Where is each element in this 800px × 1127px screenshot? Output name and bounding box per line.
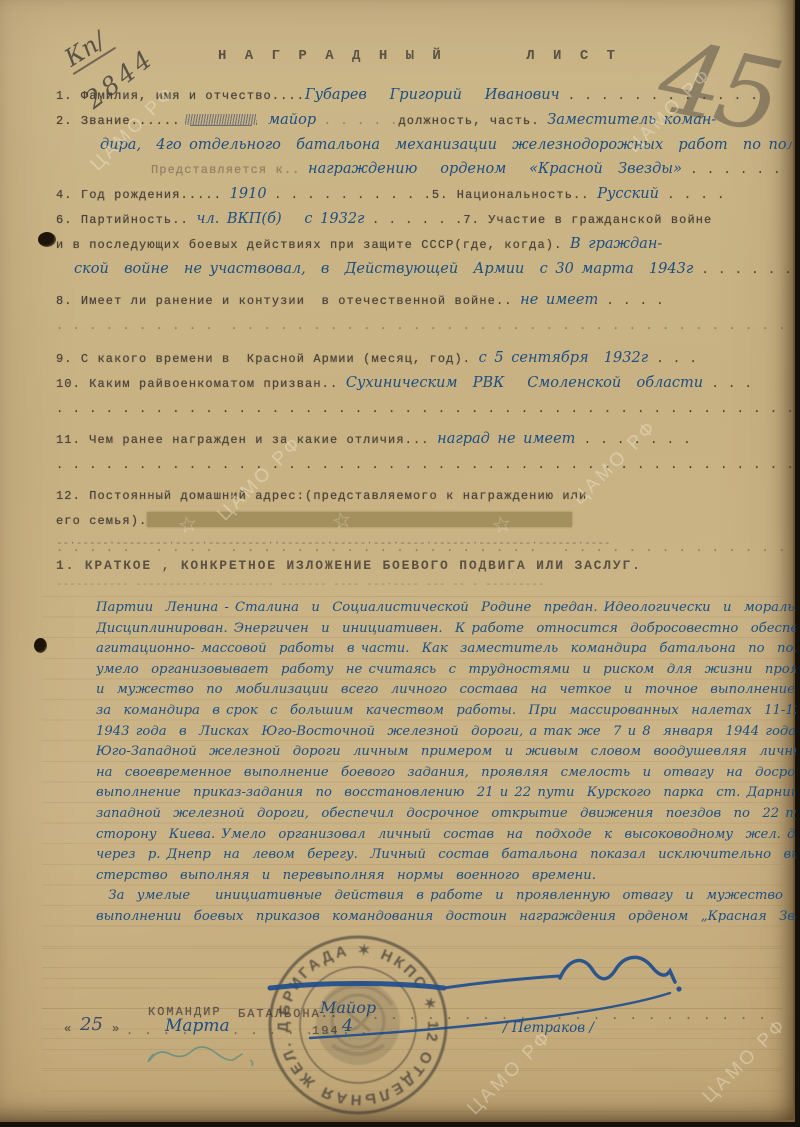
pencil-scribble [146, 1044, 256, 1068]
form-line: . . . . . . . . . . . . . . . . . . . . … [56, 316, 792, 335]
handwritten-entry: Губарев Григорий Иванович [305, 87, 560, 103]
typed-label: 11. Чем ранее награжден и за какие отлич… [56, 433, 430, 447]
typed-label: . . . . . . . [575, 433, 691, 447]
typed-label: . . . . . . . . [693, 263, 792, 277]
handwritten-entry: награждению орденом «Красной Звезды» [300, 161, 682, 177]
citation-line: Партии Ленина - Сталина и Социалистическ… [96, 598, 796, 619]
date-day-handwritten: 25 [80, 1014, 103, 1035]
pencil-corner-code: Кп/ [58, 23, 116, 75]
citation-line: на своевременное выполнение боевого зада… [96, 763, 796, 784]
section-heading: 1. КРАТКОЕ , КОНКРЕТНОЕ ИЗЛОЖЕНИЕ БОЕВОГ… [56, 558, 792, 573]
form-line: 8. Имеет ли ранение и контузии в отечест… [56, 291, 792, 310]
citation-line: через р. Днепр на левом берегу. Личный с… [96, 845, 796, 866]
divider-rule: --·-----·--------·----·---------··------… [56, 538, 792, 550]
signature-ink [252, 948, 692, 1063]
typed-label: . . . . . . . . . . . . . . . . . . . . … [56, 402, 792, 416]
citation-line: Дисциплинирован. Энергичен и инициативен… [96, 619, 796, 640]
typed-label: 8. Имеет ли ранение и контузии в отечест… [56, 294, 513, 308]
typed-label: 2. Звание...... [56, 114, 181, 128]
form-line: дира, 4го отдельного батальона механизац… [100, 136, 792, 154]
form-line: 10. Каким райвоенкоматом призван.. Сухин… [56, 374, 792, 393]
typed-label: . . . [703, 377, 753, 391]
quote-close: » [112, 1022, 121, 1036]
typed-label: . . . . [598, 294, 664, 308]
handwritten-entry: В граждан- [562, 236, 662, 252]
typed-label: 9. С какого времени в Красной Армии (мес… [56, 352, 471, 366]
typed-label-faded: . . . . . [324, 114, 399, 128]
handwritten-entry: 1910 [222, 186, 274, 202]
citation-line: сторону Киева. Умело организовал личный … [96, 825, 796, 846]
typed-label: . . . . . . . . . . . . [560, 89, 759, 103]
citation-line: за командира в срок с большим качеством … [96, 701, 796, 722]
typed-label: . . . . . . . . . .5. Национальность.. [274, 188, 589, 202]
typed-label: его семья). [56, 514, 147, 528]
typed-label-faded: . . . . . . . . . . . . . . . . . . . . … [56, 319, 792, 333]
handwritten-entry: наград не имеет [430, 431, 576, 447]
typed-label: должность, часть. [399, 114, 540, 128]
form-line: 2. Звание...... майор . . . . .должность… [56, 111, 792, 130]
typed-label: 1. Фамилия, имя и отчество.... [56, 89, 305, 103]
form-line: 4. Год рождения..... 1910 . . . . . . . … [56, 185, 792, 204]
typed-label: . . . [648, 352, 698, 366]
date-month-handwritten: Марта [165, 1016, 230, 1036]
typed-label: 10. Каким райвоенкоматом призван.. [56, 377, 338, 391]
citation-line: За умелые инициативные действия в работе… [96, 886, 796, 907]
typed-label: . . . . [659, 188, 725, 202]
form-line: 12. Постоянный домашний адрес:(представл… [56, 486, 792, 505]
crossed-out-word [185, 114, 257, 125]
typed-label: . . . . . . . . . . . . . . . . . . . . … [56, 458, 792, 472]
form-line: 9. С какого времени в Красной Армии (мес… [56, 349, 792, 368]
citation-line: Юго-Западной железной дороги личным прим… [96, 742, 796, 763]
citation-line: и мужество по мобилизации всего личного … [96, 680, 796, 701]
quote-open: « [64, 1022, 73, 1036]
archive-watermark: ЦАМО РФ [698, 1014, 792, 1108]
redaction-bar [147, 512, 572, 527]
citation-line: умело организовывает работу не считаясь … [96, 660, 796, 681]
award-sheet-page: Кп/ 2844 45 Н А Г Р А Д Н Ы Й Л И С Т 1.… [0, 0, 800, 1127]
handwritten-entry: майор [261, 112, 324, 128]
typed-label: . . . . . . . [682, 163, 792, 177]
handwritten-entry: Заместитель коман- [540, 112, 717, 128]
form-line: . . . . . . . . . . . . . . . . . . . . … [56, 399, 792, 418]
handwritten-entry: не имеет [513, 292, 599, 308]
divider-rule-faded: ----------- ----------·---------- ------… [56, 579, 792, 591]
citation-line: западной железной дороги, обеспечил доср… [96, 804, 796, 825]
handwritten-entry: Сухиническим РВК Смоленской области [338, 375, 703, 391]
form-line: 6. Партийность.. чл. ВКП(б) с 1932г . . … [56, 210, 792, 229]
form-line: и в последующих боевых действиях при защ… [56, 235, 792, 254]
citation-line: агитационно- массовой работы в части. Ка… [96, 639, 796, 660]
typed-label: 12. Постоянный домашний адрес:(представл… [56, 489, 587, 503]
paper-sheet: Кп/ 2844 45 Н А Г Р А Д Н Ы Й Л И С Т 1.… [0, 0, 795, 1122]
typed-label-faded: Представляется к.. [151, 163, 300, 177]
hole-punch [38, 232, 56, 247]
form-line: Представляется к.. награждению орденом «… [151, 160, 792, 179]
paper-tear [34, 638, 47, 653]
citation-text: Партии Ленина - Сталина и Социалистическ… [96, 598, 796, 928]
citation-line: стерство выполняя и перевыполняя нормы в… [96, 866, 796, 887]
section-block: --·-----·--------·----·---------··------… [56, 538, 792, 591]
handwritten-entry: ской войне не участвовал, в Действующей … [74, 261, 693, 277]
form-line: его семья). [56, 511, 792, 530]
form-fields: 1. Фамилия, имя и отчество....Губарев Гр… [56, 80, 792, 557]
form-line: 1. Фамилия, имя и отчество....Губарев Гр… [56, 86, 792, 105]
typed-label: и в последующих боевых действиях при защ… [56, 238, 562, 252]
citation-line: выполнение приказ-задания по восстановле… [96, 783, 796, 804]
citation-line: 1943 года в Лисках Юго-Восточной железно… [96, 722, 796, 743]
typed-label: . . . . . .7. Участие в гражданской войн… [372, 213, 712, 227]
typed-label: 6. Партийность.. [56, 213, 189, 227]
handwritten-entry: Русский [590, 186, 659, 202]
handwritten-entry: чл. ВКП(б) с 1932г [189, 211, 372, 227]
handwritten-entry: с 5 сентября 1932г [471, 350, 648, 366]
form-line: ской войне не участвовал, в Действующей … [74, 260, 792, 279]
document-title: Н А Г Р А Д Н Ы Й Л И С Т [218, 48, 620, 64]
form-line: 11. Чем ранее награжден и за какие отлич… [56, 430, 792, 449]
handwritten-entry: дира, 4го отдельного батальона механизац… [100, 137, 792, 153]
form-line: . . . . . . . . . . . . . . . . . . . . … [56, 455, 792, 474]
typed-label: 4. Год рождения..... [56, 188, 222, 202]
